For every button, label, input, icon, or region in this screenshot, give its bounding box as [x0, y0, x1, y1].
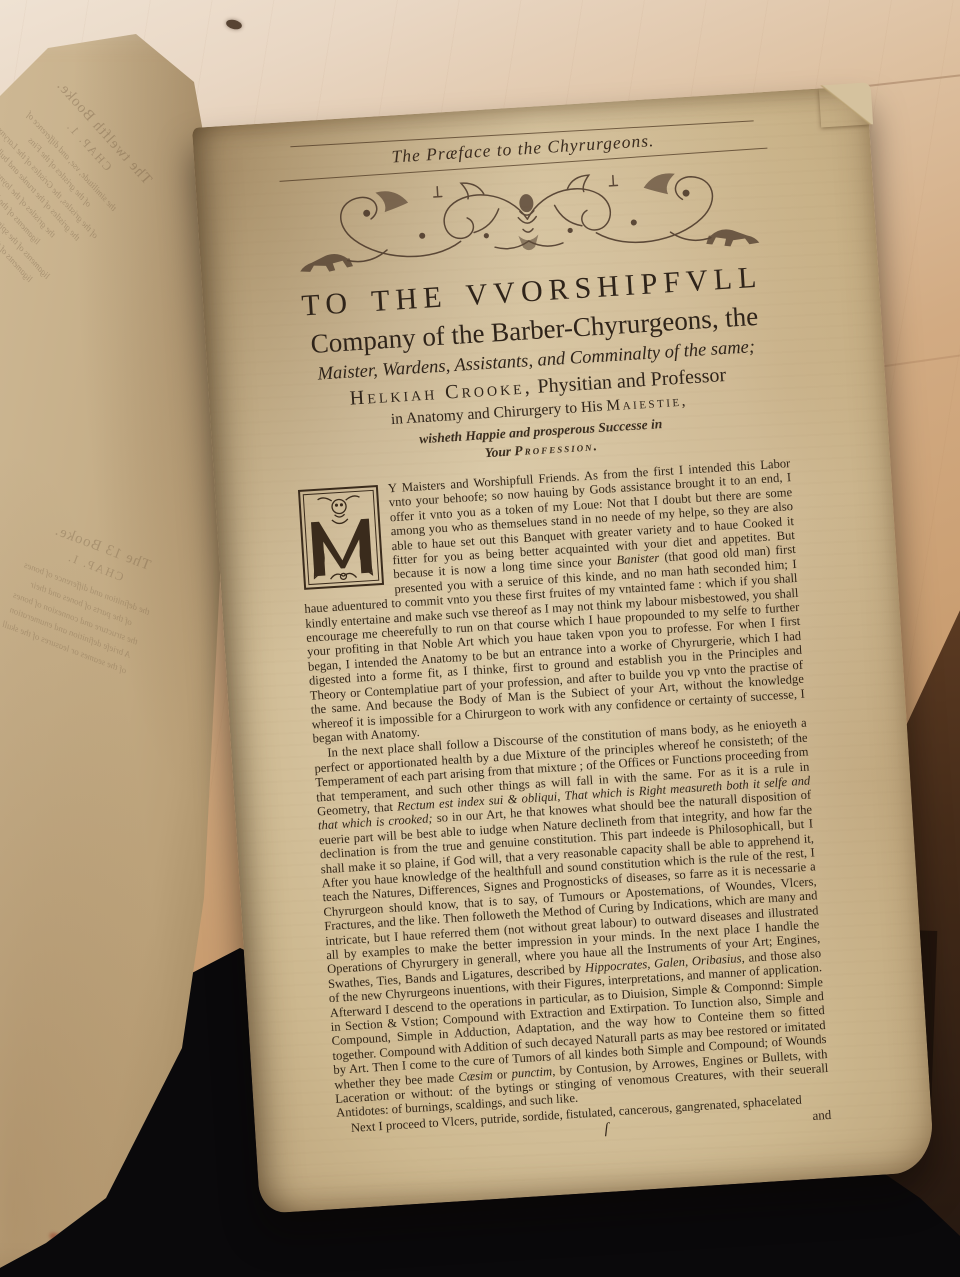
book-photo-scene: The twelfth Booke. CHAP. 1. the similitu…: [0, 0, 960, 1277]
ghost-line: of the gristles of the Fins: [0, 71, 152, 275]
show-through-text-block-lower: The 13 Booke. CHAP. I. the definition an…: [0, 496, 222, 700]
show-through-text-block-upper: The twelfth Booke. CHAP. 1. the similitu…: [0, 31, 197, 338]
ghost-line: of the parts of bones and their: [0, 552, 201, 656]
ghost-line: the similitude, vse, and difference of: [0, 60, 164, 264]
page-content: The Præface to the Chyrurgeons.: [192, 86, 935, 1214]
dedication-title-block: TO THE VVORSHIPFVLL Company of the Barbe…: [284, 260, 789, 474]
preface-body-text: Y Maisters and Worshipfull Friends. As f…: [297, 456, 831, 1136]
book-right-page: The Præface to the Chyrurgeons.: [192, 86, 935, 1214]
title-line-7-text: Your: [484, 443, 515, 460]
ghost-line: the structure and connexion of bones: [0, 566, 195, 670]
ghost-line: the gristles of the loynes: [0, 102, 117, 306]
ghost-heading: The twelfth Booke.: [10, 31, 197, 236]
ghost-line: of the seames or leasures of the skull: [0, 596, 184, 700]
paragraph-2: In the next place shall follow a Discour…: [313, 716, 830, 1121]
ghost-line: the gristles of the trunke and bulke: [0, 92, 129, 296]
headpiece-ornament-image: [287, 162, 767, 276]
ghost-chapter: CHAP. 1.: [0, 45, 181, 248]
ghost-line: ligaments of the head: [0, 113, 105, 317]
catchword: and: [812, 1107, 832, 1124]
ghost-line: ligaments of the spine and the shoulder: [0, 123, 94, 327]
maiestie-smallcaps: Maiestie,: [606, 392, 689, 414]
profession-smallcaps: Profession.: [514, 438, 599, 458]
ghost-line: ligaments of the hand and the foot: [0, 134, 82, 338]
ghost-chapter: CHAP. I.: [0, 515, 215, 619]
ghost-line: of the gristles, the Gristles of the Lar…: [0, 81, 141, 285]
ghost-heading: The 13 Booke.: [0, 496, 222, 601]
ghost-line: A briefe definition and enumeration: [0, 581, 189, 685]
signature-mark: ſ: [604, 1121, 609, 1138]
paragraph-1: Y Maisters and Worshipfull Friends. As f…: [297, 456, 806, 746]
drop-cap-M-woodcut: [297, 484, 385, 591]
ghost-line: the definition and difference of bones: [0, 537, 206, 641]
